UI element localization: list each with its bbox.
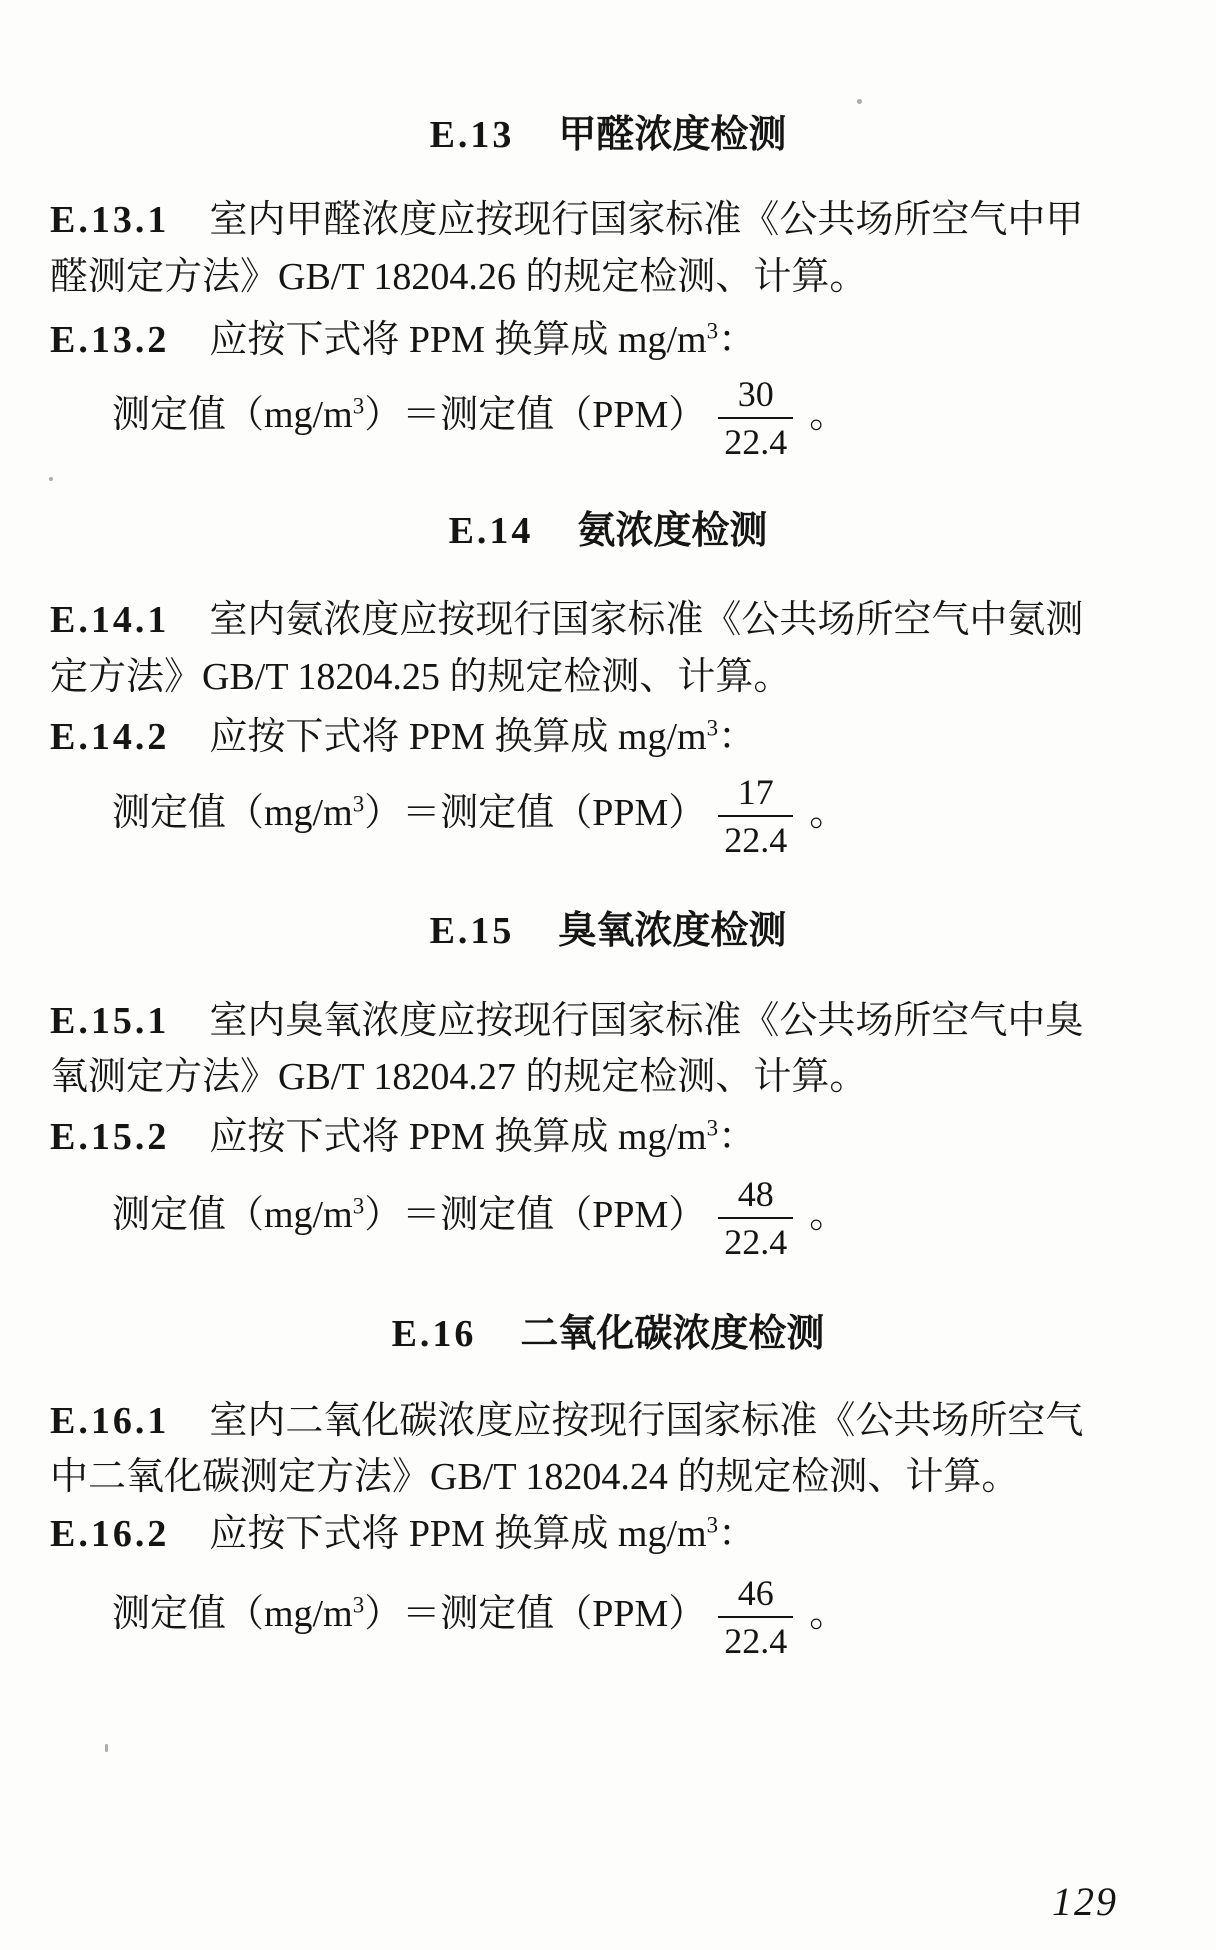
fraction-numerator: 48 [718,1174,793,1219]
section-number: E.14 [449,510,534,552]
fraction: 4622.4 [718,1573,793,1662]
fraction: 4822.4 [718,1174,793,1263]
superscript: 3 [707,1115,719,1140]
clause-number: E.14.1 [50,599,169,641]
fraction-numerator: 30 [718,374,793,419]
clause-number: E.16.2 [50,1513,169,1555]
fraction: 1722.4 [718,772,793,861]
fraction-denominator: 22.4 [718,419,793,462]
formula-period: 。 [809,394,847,436]
clause-text: 室内甲醛浓度应按现行国家标准《公共场所空气中甲 [209,199,1083,241]
formula-lhs: 测定值（mg/m [112,1593,353,1635]
clause-number: E.13.2 [50,319,169,361]
document-page: E.13甲醛浓度检测 E.13.1室内甲醛浓度应按现行国家标准《公共场所空气中甲… [0,0,1216,1950]
clause-text: ： [718,1116,756,1158]
superscript: 3 [353,393,365,418]
superscript: 3 [707,715,719,740]
clause-text: 应按下式将 PPM 换算成 mg/m [209,1116,706,1158]
formula-lhs: 测定值（mg/m [112,792,353,834]
section-number: E.15 [430,910,515,952]
clause-text: ： [718,1513,756,1555]
clause-text: 室内二氧化碳浓度应按现行国家标准《公共场所空气 [209,1400,1083,1442]
fraction-denominator: 22.4 [718,1618,793,1661]
scan-speck [105,1744,108,1752]
clause-line: E.15.2应按下式将 PPM 换算成 mg/m3： [50,1114,756,1160]
clause-number: E.15.2 [50,1116,169,1158]
section-heading: E.15臭氧浓度检测 [0,908,1216,954]
clause-line: E.14.1室内氨浓度应按现行国家标准《公共场所空气中氨测 [50,597,1083,643]
section-title: 二氧化碳浓度检测 [520,1313,824,1355]
clause-text: 中二氧化碳测定方法》GB/T 18204.24 的规定检测、计算。 [50,1456,1019,1498]
superscript: 3 [353,1592,365,1617]
clause-line: E.16.2应按下式将 PPM 换算成 mg/m3： [50,1511,756,1557]
clause-line: E.13.2应按下式将 PPM 换算成 mg/m3： [50,317,756,363]
page-number: 129 [1052,1878,1118,1925]
section-title: 甲醛浓度检测 [558,114,786,156]
superscript: 3 [353,791,365,816]
fraction-denominator: 22.4 [718,817,793,860]
clause-line: 定方法》GB/T 18204.25 的规定检测、计算。 [50,654,791,700]
fraction-numerator: 46 [718,1573,793,1618]
conversion-formula: 测定值（mg/m3）＝测定值（PPM）3022.4。 [112,374,847,463]
clause-number: E.13.1 [50,199,169,241]
formula-period: 。 [809,1194,847,1236]
fraction-denominator: 22.4 [718,1219,793,1262]
section-heading: E.16二氧化碳浓度检测 [0,1311,1216,1357]
clause-number: E.14.2 [50,716,169,758]
clause-text: 醛测定方法》GB/T 18204.26 的规定检测、计算。 [50,256,867,298]
clause-text: ： [718,319,756,361]
clause-line: 醛测定方法》GB/T 18204.26 的规定检测、计算。 [50,254,867,300]
formula-lhs: 测定值（mg/m [112,1194,353,1236]
clause-text: ： [718,716,756,758]
formula-period: 。 [809,792,847,834]
clause-text: 应按下式将 PPM 换算成 mg/m [209,1513,706,1555]
clause-text: 应按下式将 PPM 换算成 mg/m [209,319,706,361]
conversion-formula: 测定值（mg/m3）＝测定值（PPM）4822.4。 [112,1174,847,1263]
clause-line: E.14.2应按下式将 PPM 换算成 mg/m3： [50,714,756,760]
superscript: 3 [707,318,719,343]
clause-number: E.16.1 [50,1400,169,1442]
formula-period: 。 [809,1593,847,1635]
clause-number: E.15.1 [50,1000,169,1042]
clause-text: 室内氨浓度应按现行国家标准《公共场所空气中氨测 [209,599,1083,641]
formula-lhs: ）＝测定值（PPM） [364,1194,706,1236]
clause-line: E.15.1室内臭氧浓度应按现行国家标准《公共场所空气中臭 [50,998,1083,1044]
conversion-formula: 测定值（mg/m3）＝测定值（PPM）4622.4。 [112,1573,847,1662]
clause-text: 室内臭氧浓度应按现行国家标准《公共场所空气中臭 [209,1000,1083,1042]
scan-speck [857,99,862,104]
superscript: 3 [707,1512,719,1537]
clause-line: 中二氧化碳测定方法》GB/T 18204.24 的规定检测、计算。 [50,1454,1019,1500]
scan-speck [49,477,53,481]
formula-lhs: ）＝测定值（PPM） [364,792,706,834]
section-number: E.13 [430,114,515,156]
clause-line: E.13.1室内甲醛浓度应按现行国家标准《公共场所空气中甲 [50,197,1083,243]
clause-text: 应按下式将 PPM 换算成 mg/m [209,716,706,758]
section-title: 氨浓度检测 [577,510,767,552]
formula-lhs: ）＝测定值（PPM） [364,1593,706,1635]
formula-lhs: ）＝测定值（PPM） [364,394,706,436]
fraction: 3022.4 [718,374,793,463]
conversion-formula: 测定值（mg/m3）＝测定值（PPM）1722.4。 [112,772,847,861]
clause-text: 定方法》GB/T 18204.25 的规定检测、计算。 [50,656,791,698]
clause-text: 氧测定方法》GB/T 18204.27 的规定检测、计算。 [50,1056,867,1098]
formula-lhs: 测定值（mg/m [112,394,353,436]
section-number: E.16 [392,1313,477,1355]
section-title: 臭氧浓度检测 [558,910,786,952]
section-heading: E.14氨浓度检测 [0,508,1216,554]
clause-line: 氧测定方法》GB/T 18204.27 的规定检测、计算。 [50,1054,867,1100]
fraction-numerator: 17 [718,772,793,817]
section-heading: E.13甲醛浓度检测 [0,112,1216,158]
clause-line: E.16.1室内二氧化碳浓度应按现行国家标准《公共场所空气 [50,1398,1083,1444]
superscript: 3 [353,1193,365,1218]
scan-speck [372,1468,376,1472]
